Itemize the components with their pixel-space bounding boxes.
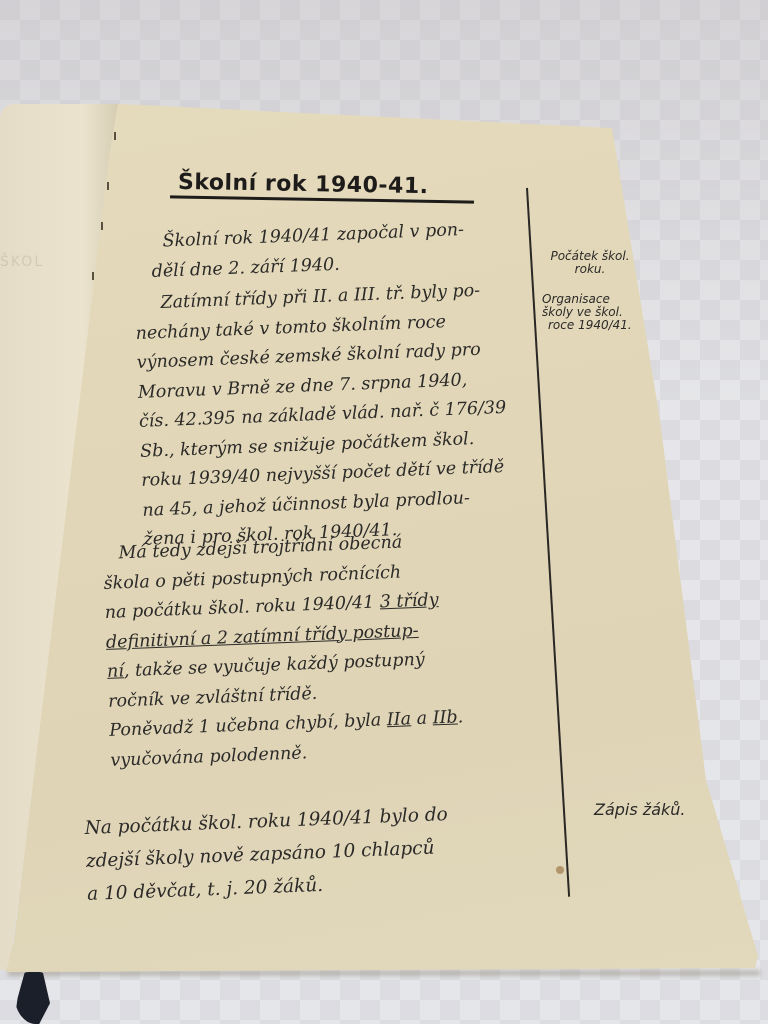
- body-line-text: Poněvadž 1 učebna chybí, byla: [109, 710, 387, 741]
- binding-stitch: [114, 132, 116, 140]
- margin-note-line: roku.: [538, 263, 642, 276]
- paper-stain: [556, 866, 564, 874]
- binding-stitch: [107, 182, 109, 190]
- body-line-text: na počátku škol. roku 1940/41: [104, 593, 374, 623]
- underlined-phrase: ní: [107, 661, 125, 682]
- body-line-text: a: [411, 708, 433, 729]
- underlined-phrase: 3 třídy: [379, 590, 439, 612]
- margin-note-school-year-start: Počátek škol. roku.: [538, 250, 642, 276]
- body-line-text: .: [457, 707, 463, 727]
- handwritten-body: Na počátku škol. roku 1940/41 bylo do zd…: [84, 794, 557, 911]
- class-label: IIb: [432, 707, 458, 728]
- margin-note-line: roce 1940/41.: [542, 319, 654, 332]
- margin-note-enrollment: Zápis žáků.: [594, 801, 734, 819]
- margin-note-line: Zápis žáků.: [594, 801, 734, 819]
- handwritten-body: Má tedy zdejší trojtřídní obecná škola o…: [102, 522, 581, 776]
- binding-stitch: [92, 272, 94, 280]
- class-label: IIa: [386, 709, 411, 730]
- bookmark-tassel: [14, 972, 50, 1024]
- page-title: Školní rok 1940-41.: [178, 170, 429, 199]
- binding-stitch: [101, 222, 103, 230]
- margin-note-organisation: Organisace školy ve škol. roce 1940/41.: [538, 293, 654, 332]
- left-page-bleed-text: ŠKOL: [0, 254, 44, 270]
